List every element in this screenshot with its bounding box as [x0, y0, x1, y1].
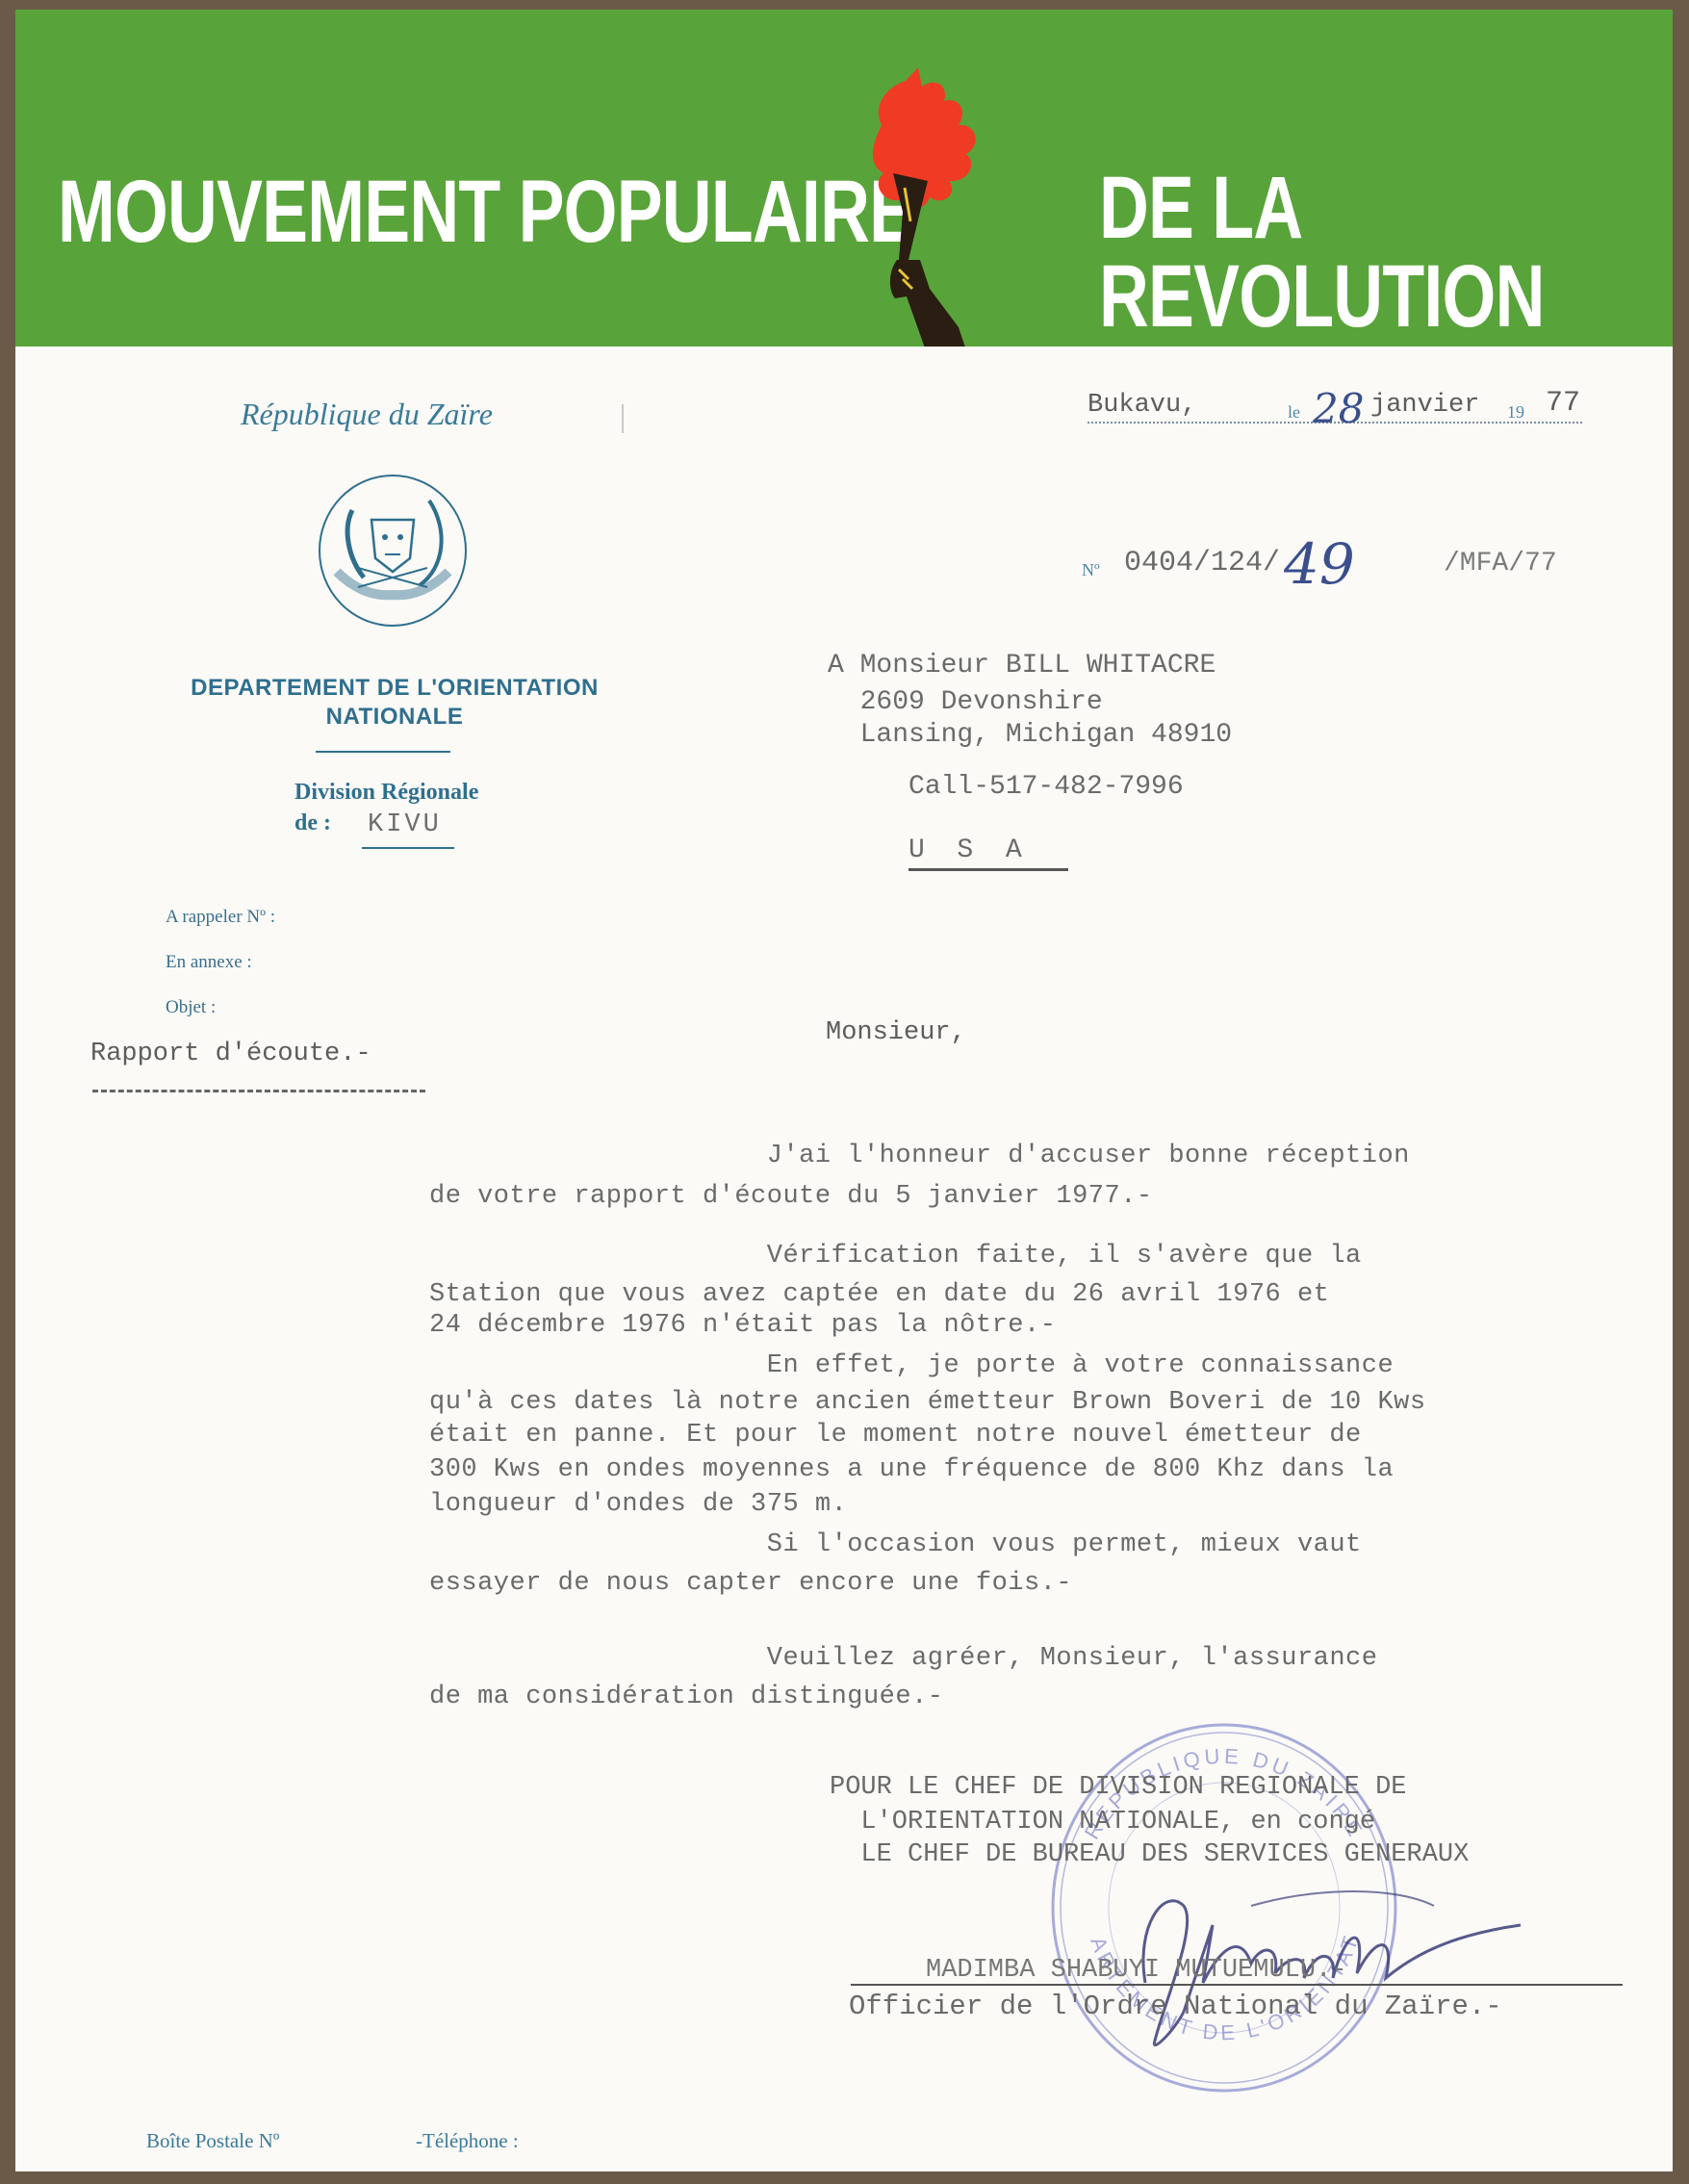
date-le-label: le — [1288, 402, 1300, 423]
recipient-country: U S A — [828, 837, 1022, 864]
reference-handwritten: 49 — [1284, 531, 1355, 597]
body-paragraph-3-line: longueur d'ondes de 375 m. — [429, 1490, 847, 1519]
reference-no-label: Nº — [1082, 560, 1100, 580]
letterhead-banner: MOUVEMENT POPULAIRE DE LA REVOLUTION — [15, 10, 1673, 347]
banner-title-left: MOUVEMENT POPULAIRE — [58, 167, 914, 256]
department-line-1: DEPARTEMENT DE L'ORIENTATION — [115, 674, 674, 703]
division-label: Division Régionale — [294, 780, 478, 806]
body-paragraph-3-line: était en panne. Et pour le moment notre … — [429, 1421, 1362, 1450]
reference-prefix: 0404/124/ — [1124, 547, 1280, 579]
division-rule — [362, 847, 454, 849]
body-paragraph-1-line: de votre rapport d'écoute du 5 janvier 1… — [429, 1182, 1153, 1211]
footer-boite-postale: Boîte Postale Nº — [146, 2129, 279, 2153]
body-paragraph-5-line: de ma considération distinguée.- — [429, 1683, 943, 1711]
date-year-prefix: 19 — [1507, 402, 1524, 423]
reference-suffix: /MFA/77 — [1444, 549, 1557, 578]
signatory-title: Officier de l'Ordre National du Zaïre.- — [849, 1991, 1502, 2022]
body-paragraph-3-line: qu'à ces dates là notre ancien émetteur … — [429, 1388, 1426, 1417]
footer-telephone: -Téléphone : — [416, 2129, 519, 2153]
en-annexe-label: En annexe : — [166, 952, 252, 973]
salutation: Monsieur, — [826, 1018, 966, 1047]
closing-line-3: LE CHEF DE BUREAU DES SERVICES GENERAUX — [830, 1840, 1469, 1869]
department-rule — [316, 751, 450, 753]
objet-label: Objet : — [166, 997, 216, 1018]
recipient-phone: Call-517-482-7996 — [828, 774, 1184, 801]
division-value: KIVU — [368, 810, 442, 839]
department-line-2: NATIONALE — [115, 703, 674, 732]
torch-in-hand-icon — [814, 67, 1064, 347]
body-paragraph-2-line: Station que vous avez captée en date du … — [429, 1280, 1329, 1309]
body-paragraph-2-line: 24 décembre 1976 n'était pas la nôtre.- — [429, 1311, 1056, 1340]
closing-line-2: L'ORIENTATION NATIONALE, en congé — [830, 1808, 1375, 1837]
banner-title-right: DE LA REVOLUTION — [1099, 164, 1547, 341]
body-paragraph-3-line: 300 Kws en ondes moyennes a une fréquenc… — [429, 1455, 1394, 1484]
signatory-name: MADIMBA SHABUYI MUTUEMULU.- — [926, 1956, 1346, 1985]
recipient-line-1: A Monsieur BILL WHITACRE — [828, 653, 1216, 680]
body-paragraph-4-line: Si l'occasion vous permet, mieux vaut — [429, 1530, 1362, 1559]
date-day-handwritten: 28 — [1313, 385, 1364, 432]
date-year-suffix: 77 — [1546, 387, 1580, 420]
date-place: Bukavu, — [1088, 391, 1196, 420]
country-underline — [908, 868, 1068, 871]
body-paragraph-4-line: essayer de nous capter encore une fois.- — [429, 1569, 1072, 1598]
leopard-coat-of-arms-icon — [314, 472, 472, 630]
body-paragraph-1-line: J'ai l'honneur d'accuser bonne réception — [429, 1142, 1410, 1170]
recipient-line-3: Lansing, Michigan 48910 — [828, 722, 1232, 749]
recipient-line-2: 2609 Devonshire — [828, 689, 1103, 716]
body-paragraph-5-line: Veuillez agréer, Monsieur, l'assurance — [429, 1644, 1377, 1673]
margin-tick — [622, 404, 624, 433]
signature-rule — [851, 1984, 1623, 1986]
date-month: janvier — [1370, 391, 1479, 420]
objet-value: Rapport d'écoute.- — [90, 1040, 371, 1068]
division-de-label: de : — [294, 810, 331, 836]
closing-line-1: POUR LE CHEF DE DIVISION REGIONALE DE — [830, 1773, 1407, 1802]
a-rappeler-label: A rappeler Nº : — [166, 907, 275, 928]
body-paragraph-2-line: Vérification faite, il s'avère que la — [429, 1242, 1362, 1271]
department-heading: DEPARTEMENT DE L'ORIENTATION NATIONALE — [115, 674, 674, 732]
body-paragraph-3-line: En effet, je porte à votre connaissance — [429, 1351, 1394, 1380]
republic-heading: République du Zaïre — [241, 397, 493, 432]
objet-underline — [92, 1090, 425, 1092]
